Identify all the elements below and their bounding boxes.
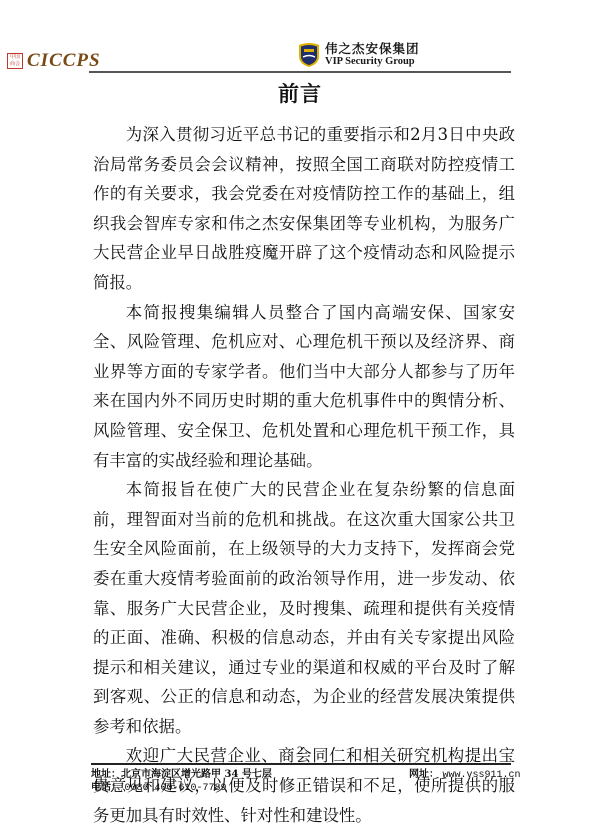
footer-contact: 地址：北京市海淀区增光路甲 34 号七层 电话： 0086 400-610-77… (91, 768, 272, 795)
vip-name-cn: 伟之杰安保集团 (325, 43, 420, 56)
footer-divider (91, 763, 511, 765)
header-divider (89, 71, 511, 73)
website-link[interactable]: www.vss911.cn (442, 770, 520, 781)
paragraph: 为深入贯彻习近平总书记的重要指示和2月3日中央政治局常务委员会会议精神，按照全国… (93, 120, 515, 298)
paragraph: 本简报搜集编辑人员整合了国内高端安保、国家安全、风险管理、危机应对、心理危机干预… (93, 298, 515, 476)
page-title: 前言 (0, 78, 600, 108)
address-value: 北京市海淀区增光路甲 34 号七层 (121, 769, 272, 780)
vip-security-logo: 伟之杰安保集团 VIP Security Group (298, 42, 420, 68)
document-body: 为深入贯彻习近平总书记的重要指示和2月3日中央政治局常务委员会会议精神，按照全国… (93, 120, 515, 830)
page-number: 2 (0, 746, 600, 757)
phone-value: 0086 400-610-7789 (124, 783, 226, 794)
footer-phone: 电话： 0086 400-610-7789 (91, 781, 272, 795)
footer-website: 网址： www.vss911.cn (409, 768, 521, 782)
shield-icon (298, 42, 320, 68)
ciccps-wordmark: CICCPS (27, 50, 101, 72)
vip-name-en: VIP Security Group (325, 57, 420, 68)
footer-address: 地址：北京市海淀区增光路甲 34 号七层 (91, 768, 272, 781)
paragraph: 本简报旨在使广大的民营企业在复杂纷繁的信息面前，理智面对当前的危机和挑战。在这次… (93, 475, 515, 741)
website-label: 网址： (409, 769, 439, 780)
seal-icon: 中国商会 (7, 53, 23, 69)
phone-label: 电话： (91, 782, 121, 793)
ciccps-logo: 中国商会 CICCPS (7, 50, 101, 72)
address-label: 地址： (91, 769, 121, 780)
